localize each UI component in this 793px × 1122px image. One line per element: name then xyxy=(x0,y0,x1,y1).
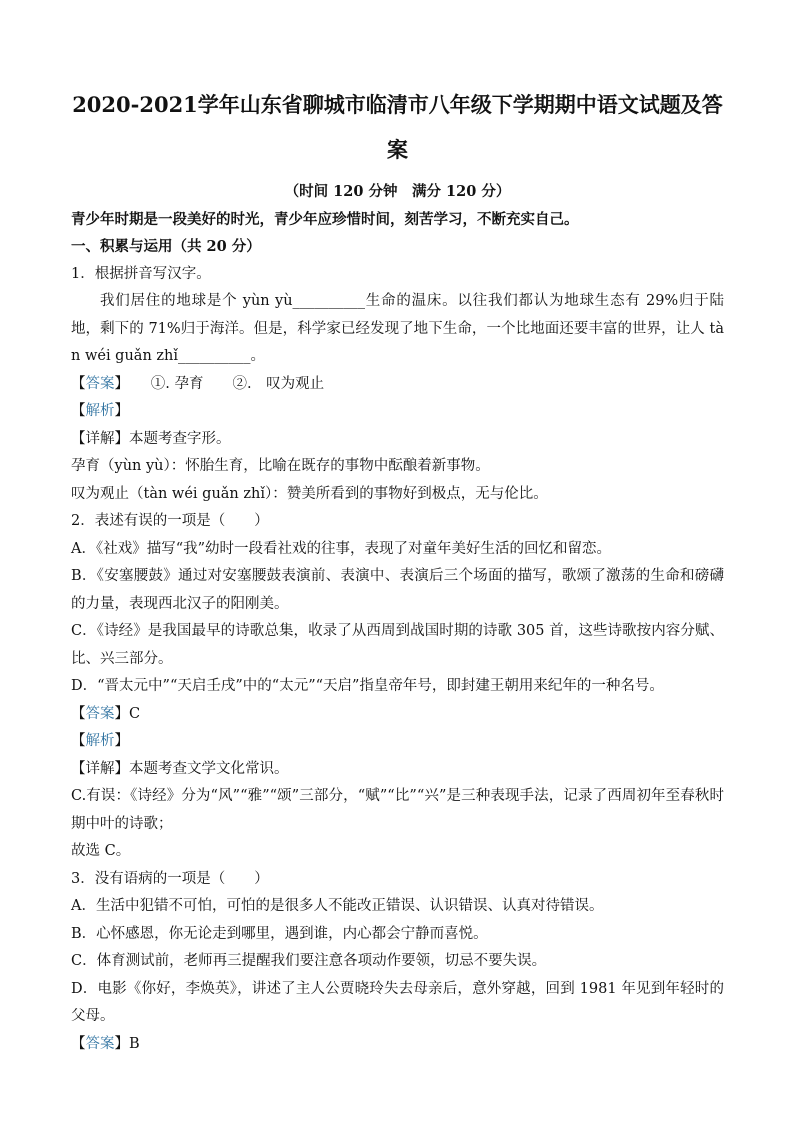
answer-label: 答案 xyxy=(86,706,115,722)
q2-option-b: B．《安塞腰鼓》通过对安塞腰鼓表演前、表演中、表演后三个场面的描写，歌颂了激荡的… xyxy=(71,563,724,618)
bracket-open: 【 xyxy=(71,403,86,419)
q1-detail: 【详解】本题考查字形。 xyxy=(71,426,724,454)
bracket-close: 】 xyxy=(115,706,130,722)
bracket-close: 】 xyxy=(115,1036,130,1052)
q3-option-a: A．生活中犯错不可怕，可怕的是很多人不能改正错误、认识错误、认真对待错误。 xyxy=(71,893,724,921)
analysis-label: 解析 xyxy=(86,733,115,749)
bracket-close: 】 xyxy=(115,403,130,419)
answer-label: 答案 xyxy=(86,376,115,392)
q3-option-c: C．体育测试前，老师再三提醒我们要注意各项动作要领，切忌不要失误。 xyxy=(71,948,724,976)
q3-option-d: D．电影《你好，李焕英》，讲述了主人公贾晓玲失去母亲后，意外穿越，回到 1981… xyxy=(71,976,724,1031)
q2-answer: 【答案】C xyxy=(71,701,724,729)
q3-answer-text: B xyxy=(129,1036,140,1052)
q1-passage: 我们居住的地球是个 yùn yù__________生命的温床。以往我们都认为地… xyxy=(71,288,724,371)
q2-stem: 2．表述有误的一项是（ ） xyxy=(71,508,724,536)
q3-answer: 【答案】B xyxy=(71,1031,724,1059)
exam-title: 2020-2021学年山东省聊城市临清市八年级下学期期中语文试题及答案 xyxy=(71,82,724,172)
q1-answer-text: ①. 孕育 ②. 叹为观止 xyxy=(122,376,324,392)
q3-option-b: B．心怀感恩，你无论走到哪里，遇到谁，内心都会宁静而喜悦。 xyxy=(71,921,724,949)
q2-analysis-label: 【解析】 xyxy=(71,728,724,756)
bracket-open: 【 xyxy=(71,1036,86,1052)
q2-option-a: A．《社戏》描写“我”幼时一段看社戏的往事，表现了对童年美好生活的回忆和留恋。 xyxy=(71,536,724,564)
q2-explain: C.有误：《诗经》分为“风”“雅”“颂”三部分，“赋”“比”“兴”是三种表现手法… xyxy=(71,783,724,838)
q2-answer-text: C xyxy=(129,706,140,722)
exam-document: 2020-2021学年山东省聊城市临清市八年级下学期期中语文试题及答案（时间 1… xyxy=(71,82,724,1058)
q1-stem: 1．根据拼音写汉字。 xyxy=(71,261,724,289)
motto-line: 青少年时期是一段美好的时光，青少年应珍惜时间，刻苦学习，不断充实自己。 xyxy=(71,206,724,234)
q1-answer: 【答案】 ①. 孕育 ②. 叹为观止 xyxy=(71,371,724,399)
q1-analysis-label: 【解析】 xyxy=(71,398,724,426)
answer-label: 答案 xyxy=(86,1036,115,1052)
bracket-open: 【 xyxy=(71,706,86,722)
bracket-open: 【 xyxy=(71,376,86,392)
q1-explain-yunyu: 孕育（yùn yù）：怀胎生育，比喻在既存的事物中酝酿着新事物。 xyxy=(71,453,724,481)
exam-meta: （时间 120 分钟 满分 120 分） xyxy=(71,178,724,206)
q2-option-d: D．“晋太元中”“天启壬戌”中的“太元”“天启”指皇帝年号，即封建王朝用来纪年的… xyxy=(71,673,724,701)
q1-explain-tanweiguanzhi: 叹为观止（tàn wéi guǎn zhǐ）：赞美所看到的事物好到极点，无与伦比… xyxy=(71,481,724,509)
section-1-heading: 一、积累与运用（共 20 分） xyxy=(71,233,724,261)
bracket-close: 】 xyxy=(115,733,130,749)
bracket-close: 】 xyxy=(115,376,122,392)
q2-option-c: C．《诗经》是我国最早的诗歌总集，收录了从西周到战国时期的诗歌 305 首，这些… xyxy=(71,618,724,673)
analysis-label: 解析 xyxy=(86,403,115,419)
document-page: 2020-2021学年山东省聊城市临清市八年级下学期期中语文试题及答案（时间 1… xyxy=(0,0,793,1122)
q3-stem: 3．没有语病的一项是（ ） xyxy=(71,866,724,894)
q2-detail: 【详解】本题考查文学文化常识。 xyxy=(71,756,724,784)
q2-conclusion: 故选 C。 xyxy=(71,838,724,866)
bracket-open: 【 xyxy=(71,733,86,749)
